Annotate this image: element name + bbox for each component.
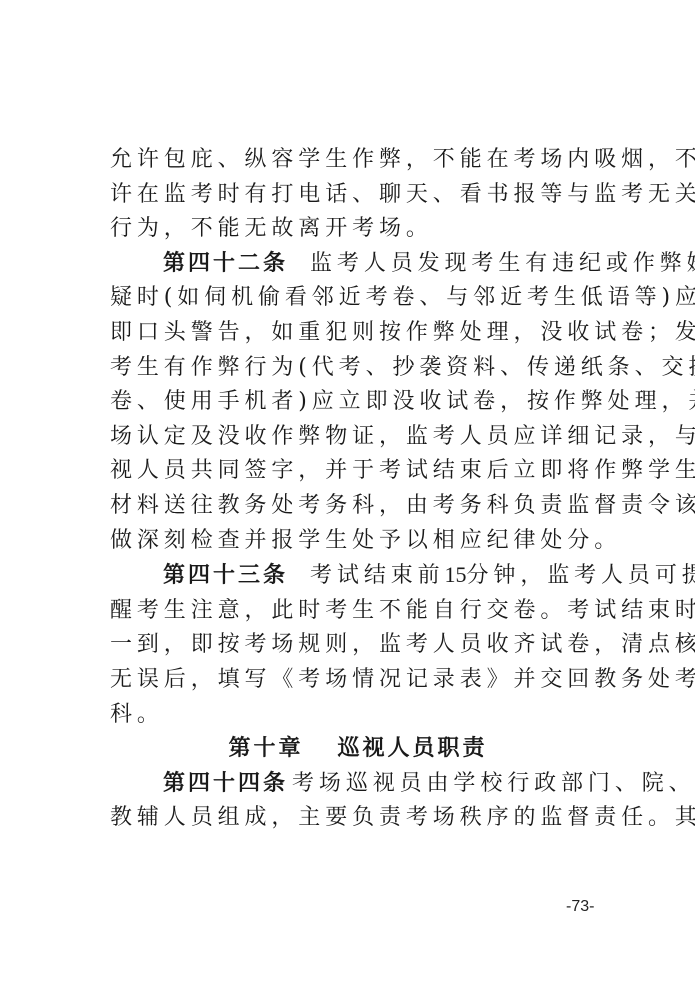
text-line: 一到，即按考场规则，监考人员收齐试卷，清点核对	[110, 628, 596, 663]
text-line: 醒考生注意，此时考生不能自行交卷。考试结束时间	[110, 594, 596, 629]
text-line: 视人员共同签字，并于考试结束后立即将作弊学生及	[110, 454, 596, 489]
article-43-first-line: 第四十三条考试结束前15分钟，监考人员可提	[110, 558, 596, 594]
article-42-first-line: 第四十二条监考人员发现考生有违纪或作弊嫌	[110, 247, 596, 282]
body-text: 允许包庇、纵容学生作弊，不能在考场内吸烟，不允 许在监考时有打电话、聊天、看书报…	[110, 143, 596, 836]
text-line: 允许包庇、纵容学生作弊，不能在考场内吸烟，不允	[110, 143, 596, 178]
article-44-heading: 第四十四条	[163, 771, 288, 796]
text-line: 科。	[110, 698, 596, 733]
text-line: 做深刻检查并报学生处予以相应纪律处分。	[110, 524, 596, 559]
article-44-first-line: 第四十四条考场巡视员由学校行政部门、院、部	[110, 767, 596, 802]
article-43: 第四十三条考试结束前15分钟，监考人员可提 醒考生注意，此时考生不能自行交卷。考…	[110, 558, 596, 732]
article-43-heading: 第四十三条	[163, 563, 288, 588]
article-44-text: 考场巡视员由学校行政部门、院、部	[292, 771, 695, 796]
text-line: 许在监考时有打电话、聊天、看书报等与监考无关的	[110, 178, 596, 213]
text-line: 材料送往教务处考务科，由考务科负责监督责令该生	[110, 489, 596, 524]
article-44: 第四十四条考场巡视员由学校行政部门、院、部 教辅人员组成，主要负责考场秩序的监督…	[110, 767, 596, 836]
intro-paragraph: 允许包庇、纵容学生作弊，不能在考场内吸烟，不允 许在监考时有打电话、聊天、看书报…	[110, 143, 596, 247]
text-line: 无误后，填写《考场情况记录表》并交回教务处考务	[110, 663, 596, 698]
text-line: 教辅人员组成，主要负责考场秩序的监督责任。其主	[110, 801, 596, 836]
article-42-heading: 第四十二条	[163, 251, 288, 276]
text-line: 场认定及没收作弊物证，监考人员应详细记录，与巡	[110, 420, 596, 455]
text-line: 考生有作弊行为(代考、抄袭资料、传递纸条、交换试	[110, 351, 596, 386]
article-42: 第四十二条监考人员发现考生有违纪或作弊嫌 疑时(如伺机偷看邻近考卷、与邻近考生低…	[110, 247, 596, 558]
text-line: 疑时(如伺机偷看邻近考卷、与邻近考生低语等)应立	[110, 281, 596, 316]
page-number: -73-	[566, 898, 594, 916]
minutes-number: 15	[445, 562, 467, 587]
chapter-number: 第十章	[228, 736, 303, 761]
text-line: 卷、使用手机者)应立即没收试卷，按作弊处理，并当	[110, 385, 596, 420]
article-42-text: 监考人员发现考生有违纪或作弊嫌	[310, 251, 695, 276]
chapter-heading: 第十章巡视人员职责	[110, 732, 596, 767]
document-page: 允许包庇、纵容学生作弊，不能在考场内吸烟，不允 许在监考时有打电话、聊天、看书报…	[0, 0, 695, 982]
chapter-title: 巡视人员职责	[338, 736, 488, 761]
text-line: 行为，不能无故离开考场。	[110, 212, 596, 247]
text-line: 即口头警告，如重犯则按作弊处理，没收试卷；发现	[110, 316, 596, 351]
